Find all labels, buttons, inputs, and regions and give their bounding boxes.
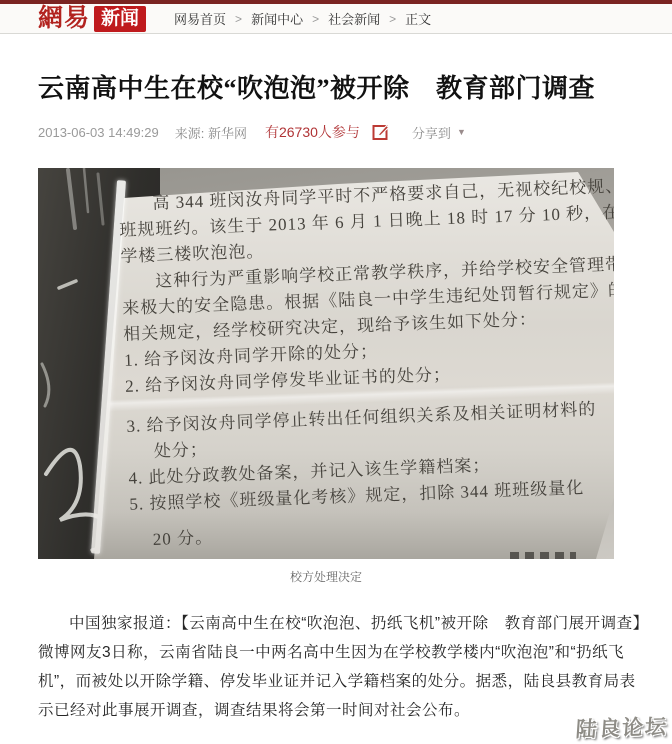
caret-down-icon: ▼ — [457, 128, 466, 137]
share-button[interactable]: 分享到 ▼ — [412, 123, 466, 142]
breadcrumb-separator: > — [389, 12, 396, 26]
site-header: 網易 新闻 网易首页 > 新闻中心 > 社会新闻 > 正文 — [0, 4, 672, 34]
breadcrumb-news-center[interactable]: 新闻中心 — [251, 9, 303, 28]
source-link[interactable]: 新华网 — [208, 126, 247, 141]
cut-off-text-smudge — [510, 552, 576, 559]
source-label: 来源: — [175, 126, 205, 141]
source: 来源: 新华网 — [175, 123, 247, 142]
breadcrumb-current-article: 正文 — [405, 9, 431, 28]
breadcrumb-separator: > — [235, 12, 242, 26]
photo-caption: 校方处理决定 — [38, 568, 614, 585]
participation-count-link[interactable]: 有26730人参与 — [265, 122, 360, 142]
article-meta: 2013-06-03 14:49:29 来源: 新华网 有26730人参与 分享… — [38, 122, 640, 142]
news-logo-badge[interactable]: 新闻 — [94, 6, 146, 32]
article-content: 云南高中生在校“吹泡泡”被开除 教育部门调查 2013-06-03 14:49:… — [0, 72, 672, 725]
publish-datetime: 2013-06-03 14:49:29 — [38, 125, 159, 140]
breadcrumb: 网易首页 > 新闻中心 > 社会新闻 > 正文 — [174, 9, 431, 28]
article-photo: 高 344 班闵汝舟同学平时不严格要求自己，无视校纪校规、 班规班约。该生于 2… — [38, 168, 614, 559]
breadcrumb-society-news[interactable]: 社会新闻 — [328, 9, 380, 28]
notice-document-text: 高 344 班闵汝舟同学平时不严格要求自己，无视校纪校规、 班规班约。该生于 2… — [118, 174, 614, 554]
article-title: 云南高中生在校“吹泡泡”被开除 教育部门调查 — [38, 72, 640, 106]
share-label: 分享到 — [412, 123, 451, 142]
breadcrumb-home[interactable]: 网易首页 — [174, 9, 226, 28]
netease-logo[interactable]: 網易 — [38, 6, 90, 31]
breadcrumb-separator: > — [312, 12, 319, 26]
page: 網易 新闻 网易首页 > 新闻中心 > 社会新闻 > 正文 云南高中生在校“吹泡… — [0, 0, 672, 744]
comment-edit-icon[interactable] — [372, 123, 390, 141]
article-body: 中国独家报道：【云南高中生在校“吹泡泡、扔纸飞机”被开除 教育部门展开调查】微博… — [38, 609, 642, 725]
forum-watermark: 陆良论坛 — [575, 710, 669, 743]
